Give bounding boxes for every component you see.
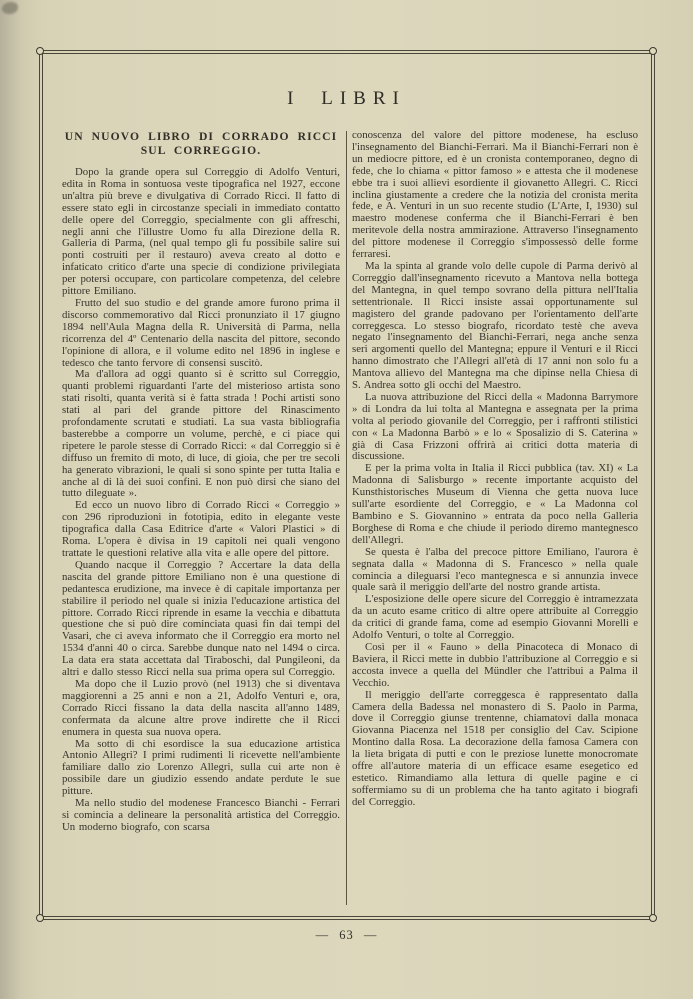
article-paragraph: Quando nacque il Correggio ? Accertare l… xyxy=(62,560,340,679)
right-column: conoscenza del valore del pittore modene… xyxy=(352,130,638,918)
frame-corner-ornament xyxy=(649,914,657,922)
page-number: — 63 — xyxy=(39,928,654,943)
article-heading: UN NUOVO LIBRO DI CORRADO RICCI SUL CORR… xyxy=(62,130,340,158)
article-heading-line2: SUL CORREGGIO. xyxy=(141,144,262,157)
article-paragraph: E per la prima volta in Italia il Ricci … xyxy=(352,463,638,546)
section-title: I LIBRI xyxy=(39,88,654,110)
article-paragraph: La nuova attribuzione del Ricci della « … xyxy=(352,392,638,463)
article-paragraph: Se questa è l'alba del precoce pittore E… xyxy=(352,547,638,595)
article-paragraph: Frutto del suo studio e del grande amore… xyxy=(62,298,340,369)
article-paragraph: conoscenza del valore del pittore modene… xyxy=(352,130,638,261)
article-paragraph: Ma nello studio del modenese Francesco B… xyxy=(62,798,340,834)
article-paragraph: Ma dopo che il Luzio provò (nel 1913) ch… xyxy=(62,679,340,739)
article-paragraph: Ed ecco un nuovo libro di Corrado Ricci … xyxy=(62,500,340,560)
article-paragraph: Ma d'allora ad oggi quanto si è scritto … xyxy=(62,369,340,500)
frame-corner-ornament xyxy=(36,47,44,55)
scan-artifact xyxy=(2,2,18,14)
article-paragraph: Così per il « Fauno » della Pinacoteca d… xyxy=(352,642,638,690)
left-column: UN NUOVO LIBRO DI CORRADO RICCI SUL CORR… xyxy=(62,130,340,918)
frame-corner-ornament xyxy=(649,47,657,55)
article-paragraph: Il meriggio dell'arte correggesca è rapp… xyxy=(352,690,638,809)
article-paragraph: L'esposizione delle opere sicure del Cor… xyxy=(352,594,638,642)
article-body: UN NUOVO LIBRO DI CORRADO RICCI SUL CORR… xyxy=(62,130,638,918)
article-heading-line1: UN NUOVO LIBRO DI CORRADO RICCI xyxy=(65,130,338,143)
article-paragraph: Ma sotto di chi esordisce la sua educazi… xyxy=(62,739,340,799)
frame-corner-ornament xyxy=(36,914,44,922)
article-paragraph: Dopo la grande opera sul Correggio di Ad… xyxy=(62,167,340,298)
article-paragraph: Ma la spinta al grande volo delle cupole… xyxy=(352,261,638,392)
scanned-journal-page: I LIBRI UN NUOVO LIBRO DI CORRADO RICCI … xyxy=(0,0,693,999)
